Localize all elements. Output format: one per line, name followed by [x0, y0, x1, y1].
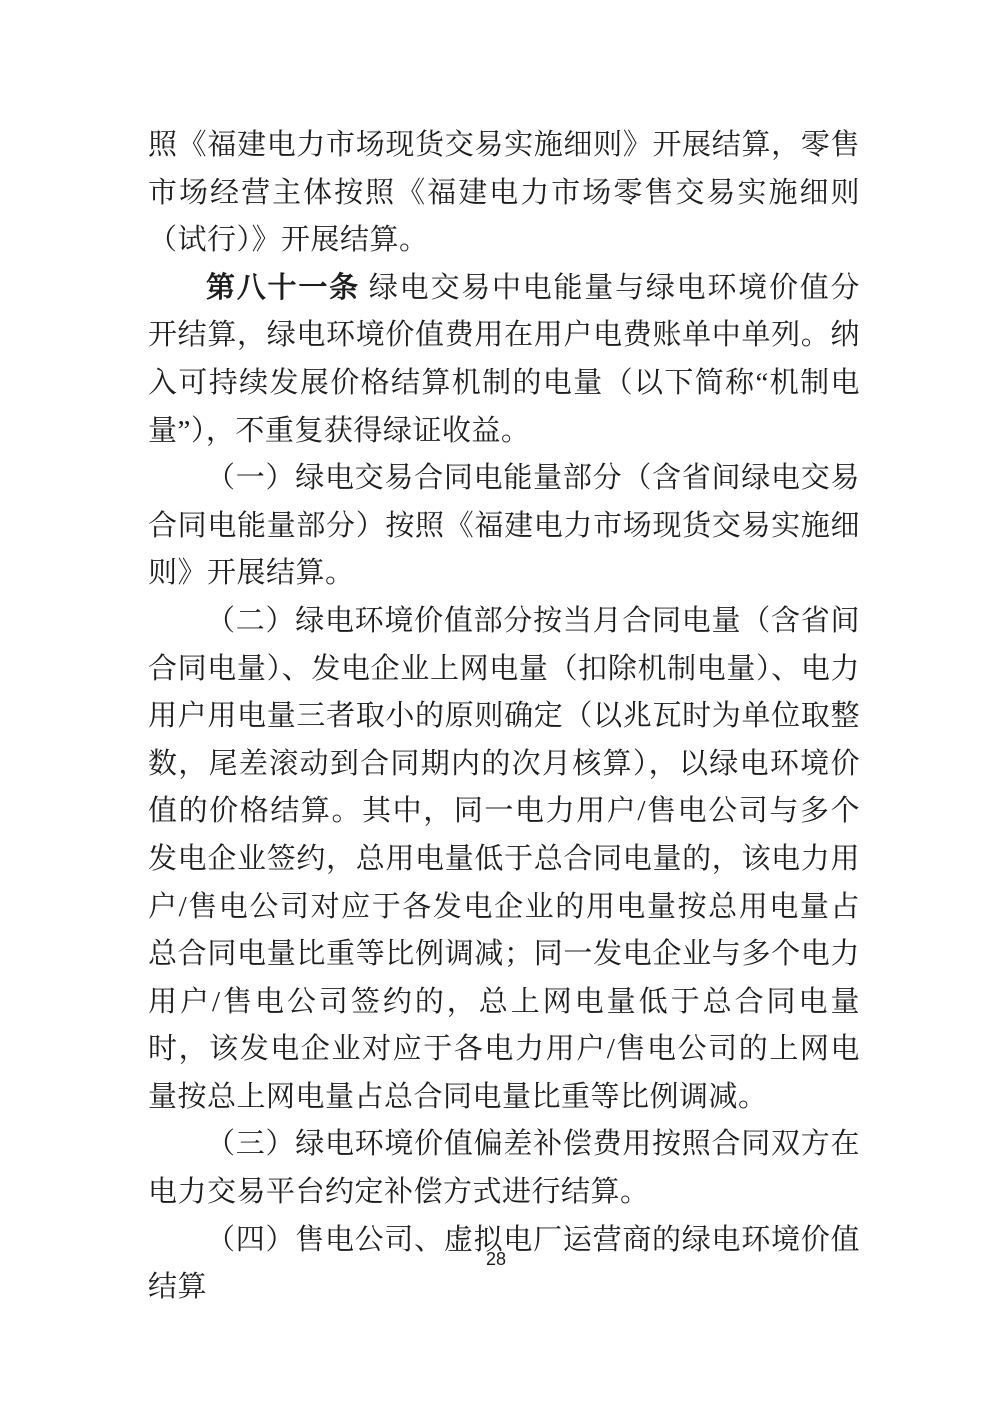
item-2-paragraph: （二）绿电环境价值部分按当月合同电量（含省间合同电量）、发电企业上网电量（扣除机… — [148, 598, 860, 1122]
item-1-paragraph: （一）绿电交易合同电能量部分（含省间绿电交易合同电能量部分）按照《福建电力市场现… — [148, 455, 860, 598]
paragraph-text: （一）绿电交易合同电能量部分（含省间绿电交易合同电能量部分）按照《福建电力市场现… — [148, 462, 860, 589]
article-81-paragraph: 第八十一条 绿电交易中电能量与绿电环境价值分开结算，绿电环境价值费用在用户电费账… — [148, 265, 860, 455]
article-number-heading: 第八十一条 — [206, 272, 360, 304]
paragraph-text: 照《福建电力市场现货交易实施细则》开展结算，零售市场经营主体按照《福建电力市场零… — [148, 129, 860, 256]
document-body: 照《福建电力市场现货交易实施细则》开展结算，零售市场经营主体按照《福建电力市场零… — [148, 122, 860, 1312]
carryover-paragraph: 照《福建电力市场现货交易实施细则》开展结算，零售市场经营主体按照《福建电力市场零… — [148, 122, 860, 265]
page-number: 28 — [486, 1249, 506, 1269]
paragraph-text: （三）绿电环境价值偏差补偿费用按照合同双方在电力交易平台约定补偿方式进行结算。 — [148, 1128, 860, 1208]
paragraph-text: （二）绿电环境价值部分按当月合同电量（含省间合同电量）、发电企业上网电量（扣除机… — [148, 605, 860, 1113]
page-footer: 28 — [0, 1249, 992, 1270]
document-page: 照《福建电力市场现货交易实施细则》开展结算，零售市场经营主体按照《福建电力市场零… — [0, 0, 992, 1403]
item-3-paragraph: （三）绿电环境价值偏差补偿费用按照合同双方在电力交易平台约定补偿方式进行结算。 — [148, 1121, 860, 1216]
